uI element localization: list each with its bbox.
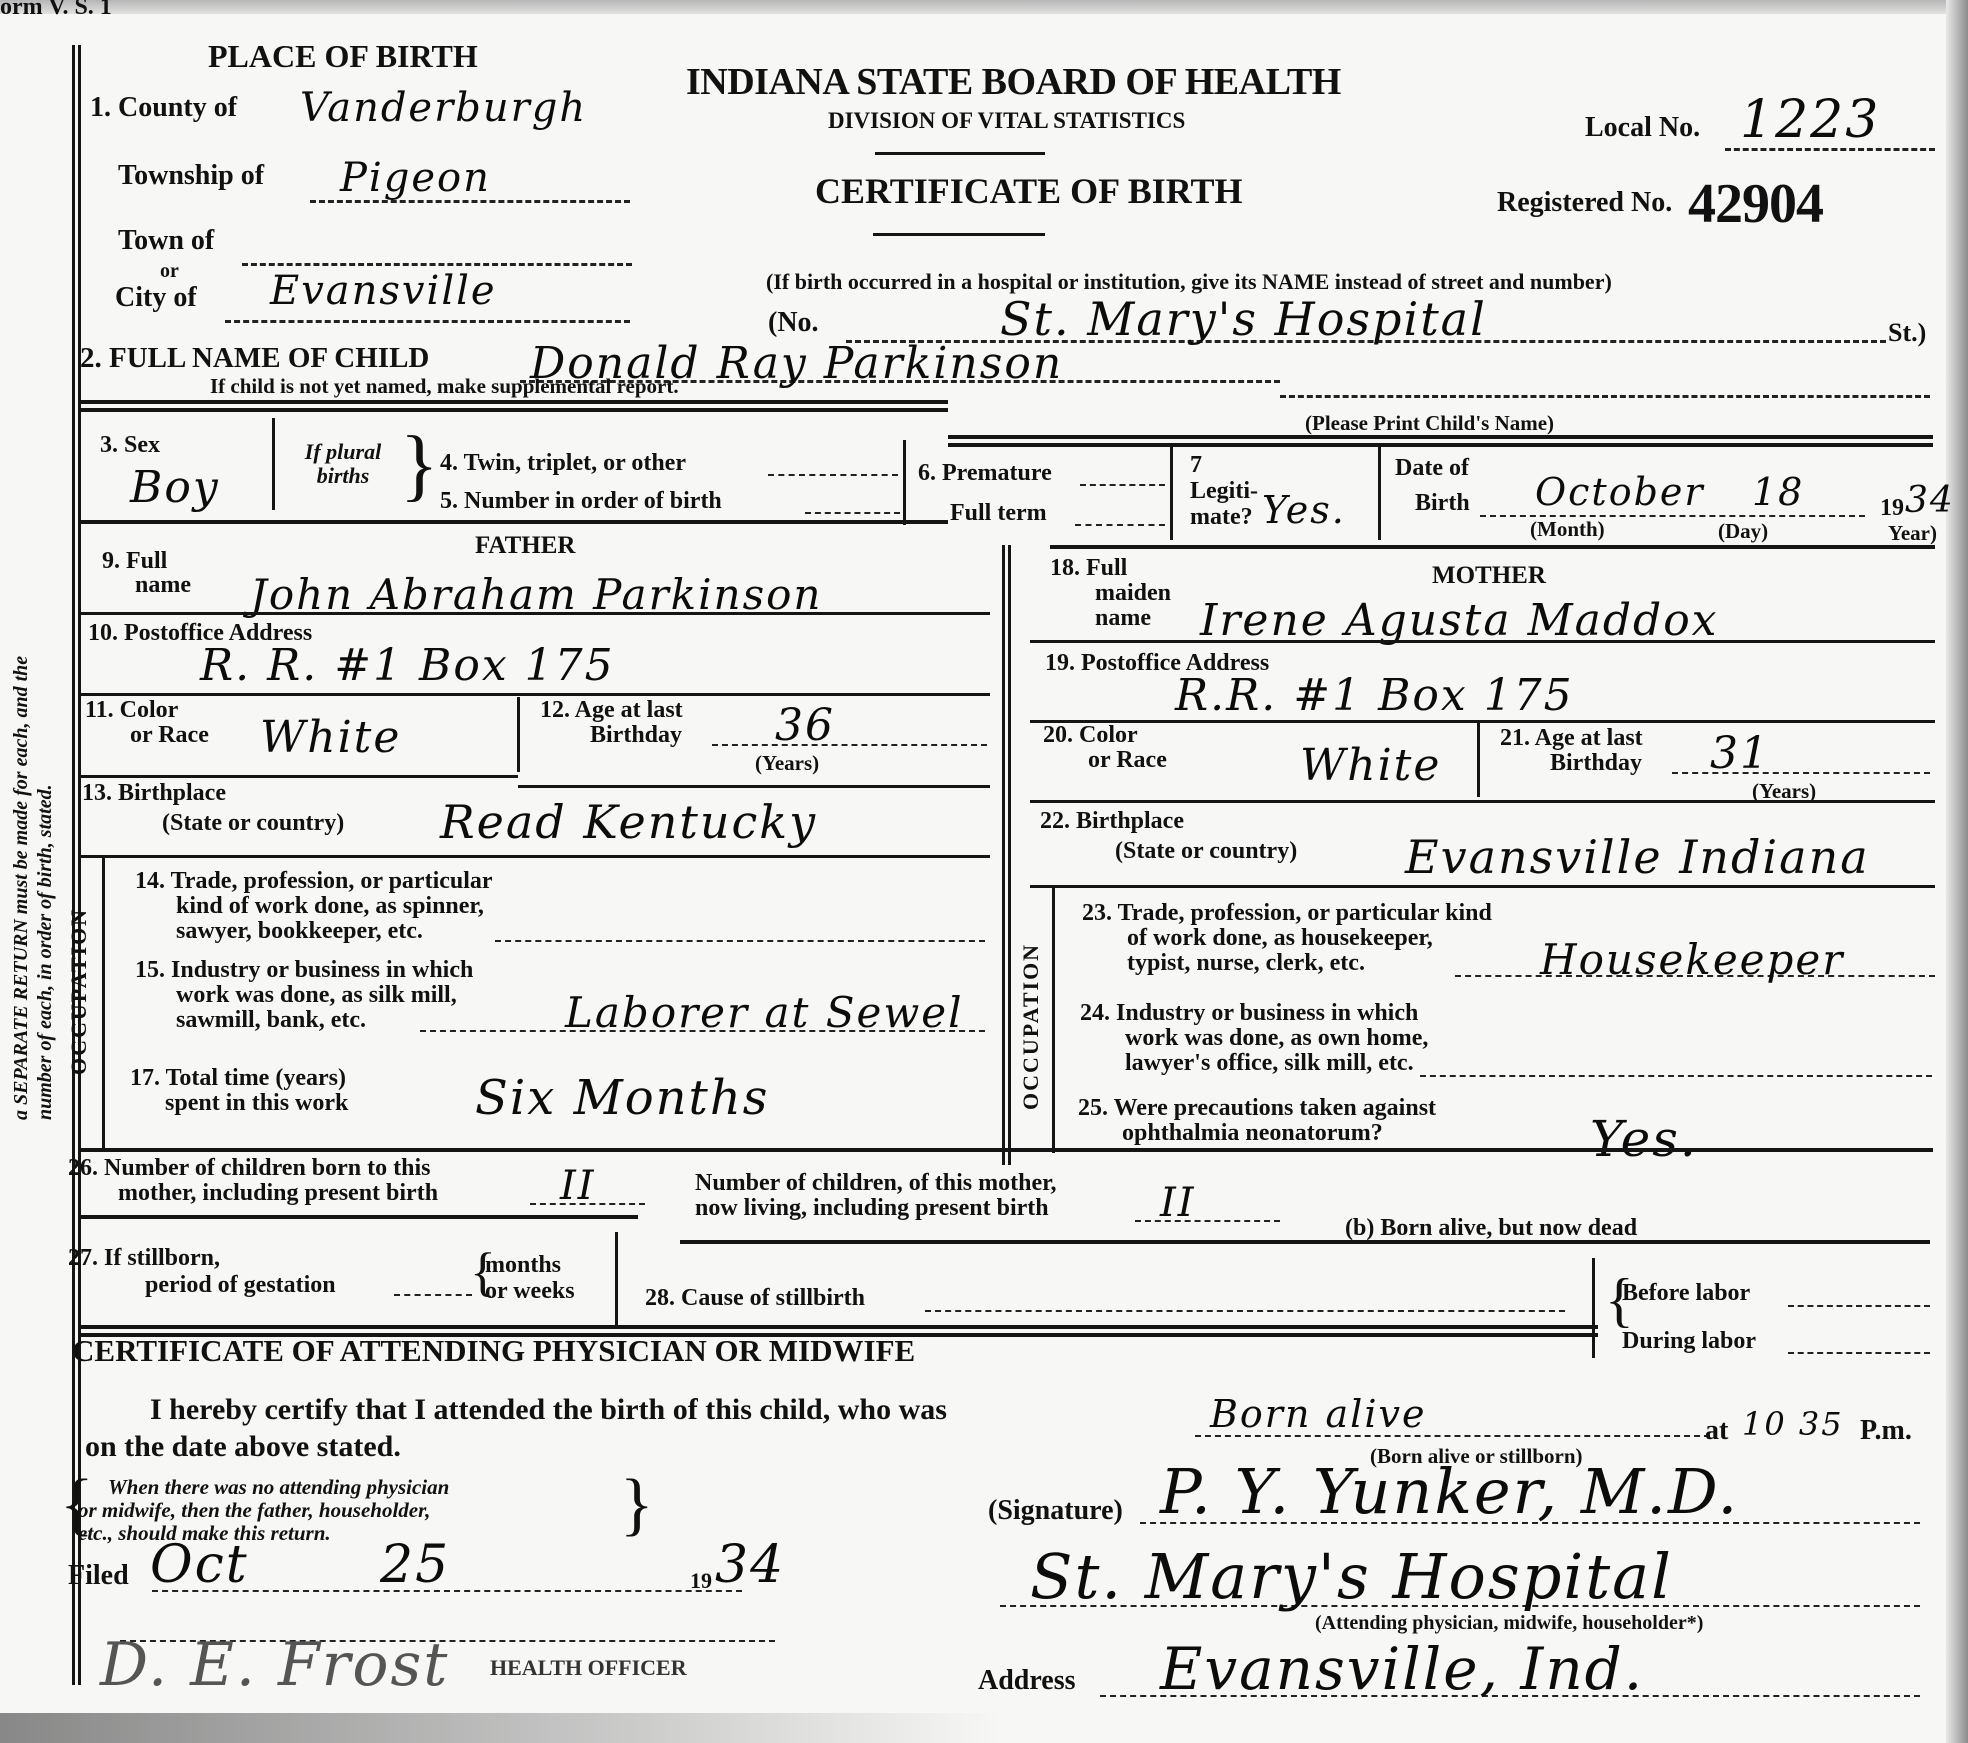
- health-officer-label: HEALTH OFFICER: [490, 1655, 687, 1681]
- divider-mother-occupation: [1052, 888, 1055, 1153]
- child-name-label: 2. FULL NAME OF CHILD: [80, 345, 429, 371]
- agency-title: INDIANA STATE BOARD OF HEALTH: [686, 60, 1341, 104]
- physician-status-line: [1195, 1435, 1710, 1437]
- father-trade-label-1: 14. Trade, profession, or particular: [135, 868, 493, 894]
- rule-father-color-right: [518, 785, 990, 788]
- signature-caption: (Attending physician, midwife, household…: [1315, 1612, 1703, 1635]
- title-rule-bottom: [873, 233, 1045, 236]
- filed-month-value: Oct: [150, 1535, 249, 1595]
- mother-name-label-3: name: [1095, 605, 1151, 631]
- mother-industry-line: [1420, 1075, 1932, 1077]
- father-color-value: White: [260, 712, 401, 763]
- premature-label: 6. Premature: [918, 460, 1052, 486]
- physician-at-label: at: [1705, 1415, 1728, 1447]
- cause-of-stillbirth-label: 28. Cause of stillbirth: [645, 1285, 865, 1311]
- mother-industry-label-1: 24. Industry or business in which: [1080, 1000, 1418, 1026]
- father-industry-label-1: 15. Industry or business in which: [135, 957, 473, 983]
- during-labor-label: During labor: [1622, 1328, 1756, 1354]
- health-officer-signature: D. E. Frost: [100, 1630, 449, 1700]
- gestation-line: [394, 1294, 472, 1296]
- mother-address-value: R.R. #1 Box 175: [1175, 670, 1574, 721]
- father-age-value: 36: [775, 700, 835, 751]
- rule-father-name: [78, 612, 990, 615]
- father-address-value: R. R. #1 Box 175: [200, 640, 615, 691]
- or-label: or: [160, 258, 179, 284]
- local-no-value: 1223: [1740, 90, 1880, 150]
- children-born-label-2: mother, including present birth: [118, 1180, 438, 1206]
- divider-father-occupation: [102, 858, 105, 1148]
- scan-edge-bottom: [0, 1713, 1000, 1743]
- county-label: 1. County of: [90, 95, 237, 121]
- town-label: Town of: [118, 228, 214, 254]
- father-birthplace-value: Read Kentucky: [440, 795, 817, 849]
- mother-trade-label-1: 23. Trade, profession, or particular kin…: [1082, 900, 1492, 926]
- mother-occupation-side-label: OCCUPATION: [1018, 943, 1044, 1110]
- division-title: DIVISION OF VITAL STATISTICS: [828, 108, 1185, 134]
- before-labor-label: Before labor: [1622, 1280, 1750, 1306]
- dob-year-prefix: 19: [1880, 495, 1904, 521]
- child-name-line-2: [1280, 395, 1930, 398]
- father-trade-label-2: kind of work done, as spinner,: [176, 893, 484, 919]
- year-caption: Year): [1888, 522, 1937, 545]
- rule-children-left: [78, 1215, 638, 1219]
- birth-certificate-document: orm V. S. 1 a SEPARATE RETURN must be ma…: [0, 0, 1968, 1743]
- local-no-label: Local No.: [1585, 115, 1700, 141]
- margin-note-line2: number of each, in order of birth, state…: [34, 784, 57, 1120]
- rule-row3-right: [1050, 545, 1935, 549]
- filed-label: Filed: [68, 1560, 129, 1592]
- mother-name-value: Irene Agusta Maddox: [1200, 595, 1719, 646]
- children-born-label-1: 26. Number of children born to this: [68, 1155, 430, 1181]
- father-heading: FATHER: [475, 532, 575, 560]
- scan-edge-right: [1946, 0, 1968, 1743]
- physician-heading: CERTIFICATE OF ATTENDING PHYSICIAN OR MI…: [72, 1333, 915, 1369]
- cause-of-stillbirth-line: [925, 1310, 1565, 1312]
- registered-no-label: Registered No.: [1497, 190, 1672, 216]
- born-alive-now-dead-label: (b) Born alive, but now dead: [1345, 1215, 1637, 1241]
- father-birthplace-label: 13. Birthplace: [82, 780, 226, 806]
- rule-father-address: [78, 693, 990, 696]
- registered-no-value: 42904: [1688, 172, 1823, 236]
- children-born-value: II: [560, 1163, 596, 1209]
- rule-mother-name: [1030, 640, 1935, 643]
- divider-gestation: [615, 1232, 618, 1327]
- twin-line: [768, 474, 898, 476]
- dob-day-value: 18: [1752, 470, 1804, 514]
- mother-industry-label-3: lawyer's office, silk mill, etc.: [1125, 1050, 1414, 1076]
- legitimate-num: 7: [1190, 452, 1202, 478]
- signature-label: (Signature): [988, 1495, 1123, 1527]
- father-trade-line: [495, 940, 985, 942]
- dob-year-value: 34: [1905, 480, 1955, 521]
- st-label: St.): [1888, 320, 1926, 346]
- county-value: Vanderburgh: [300, 85, 587, 131]
- gestation-unit-months: months: [485, 1252, 561, 1278]
- divider-father-mother-inner: [1008, 545, 1011, 1165]
- sex-value: Boy: [130, 462, 220, 513]
- margin-note-line1: a SEPARATE RETURN must be made for each,…: [10, 656, 33, 1120]
- filed-year-prefix: 19: [690, 1568, 712, 1594]
- mother-precautions-value: Yes.: [1590, 1110, 1698, 1168]
- physician-statement-2: on the date above stated.: [85, 1430, 401, 1464]
- rule-father-birthplace: [78, 855, 990, 858]
- premature-line: [1080, 484, 1165, 486]
- scan-edge-top: [0, 0, 1968, 14]
- rule-occupation-bottom: [78, 1148, 1933, 1152]
- mother-name-label-2: maiden: [1095, 580, 1171, 606]
- mother-color-label: 20. Color: [1043, 722, 1138, 748]
- street-no-label: (No.: [768, 310, 819, 336]
- father-age-label-2: Birthday: [590, 722, 682, 748]
- gestation-label-2: period of gestation: [145, 1272, 336, 1298]
- legitimate-value: Yes.: [1262, 488, 1346, 532]
- mother-birthplace-label-2: (State or country): [1115, 838, 1297, 864]
- rule-child-c: [948, 435, 1933, 439]
- physician-status-value: Born alive: [1210, 1392, 1426, 1436]
- father-name-label-num: 9. Full: [102, 548, 167, 574]
- father-age-line: [712, 744, 987, 746]
- order-line: [805, 512, 900, 514]
- title-rule-top: [875, 152, 1045, 155]
- physician-ampm: P.m.: [1860, 1415, 1912, 1447]
- city-value: Evansville: [270, 268, 497, 314]
- father-years-caption: (Years): [755, 752, 819, 775]
- divider-plural: [903, 440, 906, 525]
- mother-color-value: White: [1300, 740, 1441, 791]
- gestation-label-1: 27. If stillborn,: [68, 1245, 220, 1271]
- rule-mother-address: [1030, 720, 1935, 723]
- filed-year-value: 34: [715, 1535, 785, 1595]
- rule-children-right: [680, 1240, 1930, 1244]
- physician-statement: I hereby certify that I attended the bir…: [150, 1393, 947, 1427]
- signature-value-2: St. Mary's Hospital: [1030, 1540, 1673, 1613]
- father-color-label-2: or Race: [130, 722, 209, 748]
- rule-father-color-left: [78, 775, 518, 778]
- divider-premature: [1170, 445, 1173, 540]
- children-living-label-2: now living, including present birth: [695, 1195, 1049, 1221]
- address-label: Address: [978, 1665, 1076, 1697]
- hospital-note: (If birth occurred in a hospital or inst…: [766, 270, 1612, 293]
- street-value: St. Mary's Hospital: [1000, 292, 1487, 346]
- dob-month-value: October: [1535, 470, 1705, 514]
- rule-mother-birthplace: [1030, 885, 1935, 888]
- mother-industry-label-2: work was done, as own home,: [1125, 1025, 1428, 1051]
- form-id: orm V. S. 1: [0, 0, 112, 21]
- father-color-label: 11. Color: [85, 697, 178, 723]
- children-living-label-1: Number of children, of this mother,: [695, 1170, 1057, 1196]
- sex-label: 3. Sex: [100, 432, 160, 458]
- father-name-label: name: [135, 572, 191, 598]
- during-labor-line: [1788, 1352, 1930, 1354]
- father-industry-label-3: sawmill, bank, etc.: [176, 1007, 366, 1033]
- mother-trade-label-2: of work done, as housekeeper,: [1127, 925, 1433, 951]
- father-time-label-1: 17. Total time (years): [130, 1065, 346, 1091]
- mother-birthplace-value: Evansville Indiana: [1405, 830, 1870, 884]
- township-value: Pigeon: [340, 155, 491, 201]
- signature-value: P. Y. Yunker, M.D.: [1160, 1455, 1739, 1528]
- month-caption: (Month): [1530, 518, 1605, 541]
- father-trade-label-3: sawyer, bookkeeper, etc.: [176, 918, 423, 944]
- father-industry-value: Laborer at Sewel: [565, 988, 964, 1037]
- town-line: [242, 263, 632, 266]
- father-occupation-side-label: OCCUPATION: [66, 908, 92, 1075]
- certificate-title: CERTIFICATE OF BIRTH: [815, 170, 1243, 212]
- filed-day-value: 25: [380, 1535, 450, 1595]
- physician-time-value: 10 35: [1742, 1405, 1844, 1443]
- mother-age-label: 21. Age at last: [1500, 725, 1643, 751]
- mother-trade-value: Housekeeper: [1540, 935, 1844, 984]
- mother-name-label-1: 18. Full: [1050, 555, 1127, 581]
- father-industry-label-2: work was done, as silk mill,: [176, 982, 457, 1008]
- fullterm-label: Full term: [950, 500, 1047, 526]
- rule-row3-left: [78, 520, 948, 524]
- physician-note-2: or midwife, then the father, householder…: [78, 1498, 430, 1523]
- dob-label-2: Birth: [1415, 490, 1470, 516]
- plural-births-label: If plural births: [288, 440, 398, 488]
- rule-stillborn-a: [78, 1325, 1598, 1329]
- left-border: [72, 45, 75, 1685]
- children-living-value: II: [1160, 1180, 1196, 1226]
- divider-mother-color: [1477, 722, 1480, 797]
- gestation-unit-weeks: or weeks: [485, 1278, 575, 1304]
- rule-child-b: [78, 408, 948, 412]
- twin-label: 4. Twin, triplet, or other: [440, 450, 686, 476]
- plural-brace-icon: }: [400, 425, 438, 505]
- legitimate-label: Legiti-: [1190, 478, 1258, 504]
- children-living-line: [1135, 1220, 1280, 1222]
- mother-color-label-2: or Race: [1088, 747, 1167, 773]
- father-age-label: 12. Age at last: [540, 697, 683, 723]
- divider-cause: [1592, 1258, 1595, 1358]
- print-note: (Please Print Child's Name): [1305, 412, 1554, 435]
- city-line: [225, 320, 630, 323]
- mother-trade-label-3: typist, nurse, clerk, etc.: [1127, 950, 1365, 976]
- order-label: 5. Number in order of birth: [440, 488, 722, 514]
- legitimate-label-2: mate?: [1190, 504, 1253, 530]
- father-time-value: Six Months: [475, 1070, 769, 1126]
- note-brace-right-icon: }: [620, 1470, 654, 1540]
- father-time-label-2: spent in this work: [165, 1090, 348, 1116]
- divider-father-mother: [1002, 545, 1005, 1165]
- divider-father-color: [517, 697, 520, 772]
- divider-legit: [1378, 445, 1381, 540]
- father-birthplace-label-2: (State or country): [162, 810, 344, 836]
- rule-child-d: [948, 443, 1933, 447]
- address-value: Evansville, Ind.: [1160, 1635, 1644, 1703]
- child-name-note: If child is not yet named, make suppleme…: [210, 375, 679, 398]
- rule-mother-color: [1030, 800, 1935, 803]
- day-caption: (Day): [1718, 520, 1768, 543]
- physician-note-1: When there was no attending physician: [108, 1475, 449, 1500]
- left-border-inner: [78, 45, 81, 1685]
- city-label: City of: [115, 285, 197, 311]
- fullterm-line: [1075, 524, 1165, 526]
- divider-sex: [272, 418, 275, 510]
- mother-precautions-label-1: 25. Were precautions taken against: [1078, 1095, 1436, 1121]
- before-labor-line: [1788, 1305, 1930, 1307]
- rule-child-a: [78, 400, 948, 404]
- dob-label: Date of: [1395, 455, 1469, 481]
- mother-age-label-2: Birthday: [1550, 750, 1642, 776]
- local-no-line: [1725, 148, 1935, 151]
- mother-heading: MOTHER: [1432, 562, 1546, 590]
- mother-precautions-label-2: ophthalmia neonatorum?: [1122, 1120, 1383, 1146]
- mother-birthplace-label: 22. Birthplace: [1040, 808, 1184, 834]
- township-label: Township of: [118, 163, 264, 189]
- place-of-birth-heading: PLACE OF BIRTH: [208, 38, 478, 75]
- mother-age-value: 31: [1710, 728, 1770, 779]
